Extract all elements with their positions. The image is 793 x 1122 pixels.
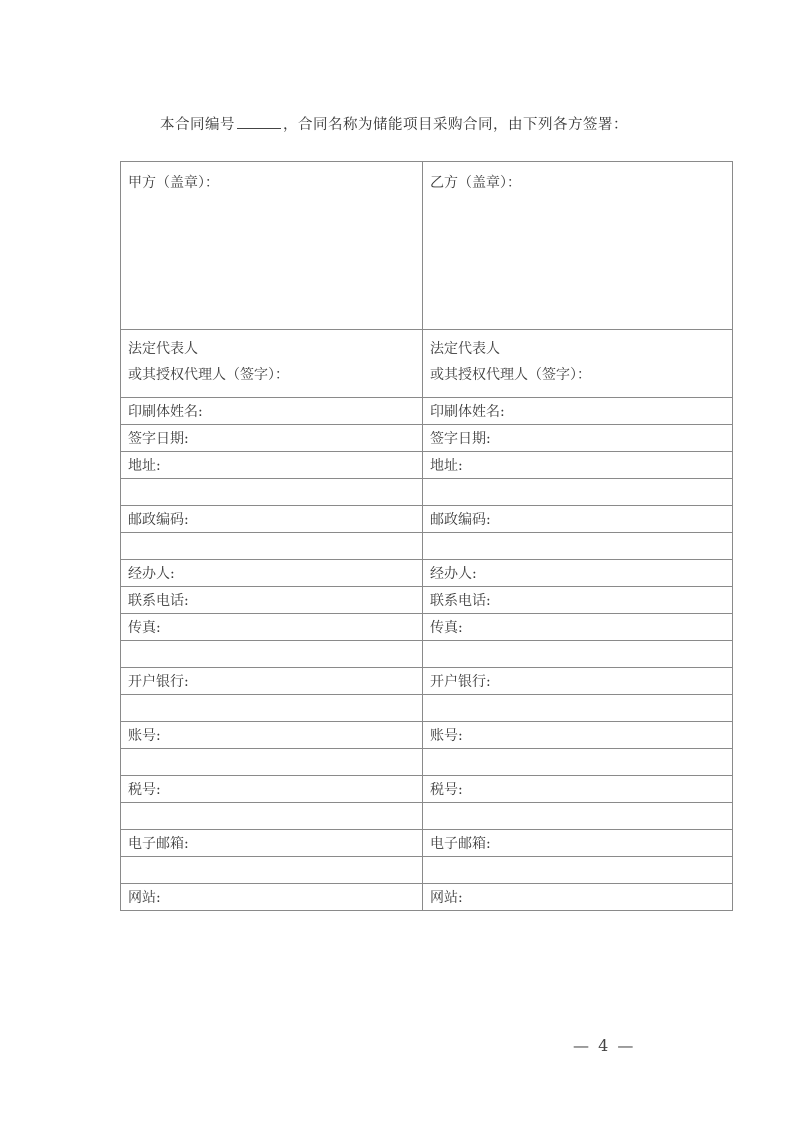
seal-row: 甲方（盖章）： 乙方（盖章）： — [121, 162, 733, 330]
contract-number-blank[interactable] — [237, 114, 281, 129]
party-b-field[interactable]: 印刷体姓名: — [423, 398, 733, 425]
table-row: 税号: 税号: — [121, 776, 733, 803]
table-row — [121, 695, 733, 722]
party-b-field[interactable] — [423, 641, 733, 668]
party-b-field[interactable]: 地址: — [423, 452, 733, 479]
party-a-field[interactable]: 开户银行: — [121, 668, 423, 695]
intro-prefix: 本合同编号 — [160, 117, 235, 133]
signature-table: 甲方（盖章）： 乙方（盖章）： 法定代表人 或其授权代理人（签字）： 法定代表人… — [120, 161, 733, 911]
party-a-field[interactable] — [121, 857, 423, 884]
party-a-field[interactable] — [121, 641, 423, 668]
party-a-field[interactable] — [121, 533, 423, 560]
party-a-representative-cell[interactable]: 法定代表人 或其授权代理人（签字）： — [121, 330, 423, 398]
party-b-field[interactable] — [423, 479, 733, 506]
table-row — [121, 479, 733, 506]
party-a-field[interactable] — [121, 695, 423, 722]
party-b-rep-line2: 或其授权代理人（签字）： — [430, 362, 732, 388]
party-a-field[interactable]: 账号: — [121, 722, 423, 749]
table-row — [121, 533, 733, 560]
party-a-field[interactable]: 地址: — [121, 452, 423, 479]
table-row: 开户银行: 开户银行: — [121, 668, 733, 695]
table-row: 印刷体姓名: 印刷体姓名: — [121, 398, 733, 425]
party-a-field[interactable]: 经办人: — [121, 560, 423, 587]
party-a-field[interactable] — [121, 803, 423, 830]
party-a-rep-line2: 或其授权代理人（签字）： — [128, 362, 422, 388]
party-a-field[interactable]: 税号: — [121, 776, 423, 803]
party-b-field[interactable]: 传真: — [423, 614, 733, 641]
party-b-field[interactable]: 联系电话: — [423, 587, 733, 614]
party-a-field[interactable] — [121, 749, 423, 776]
party-b-field[interactable]: 账号: — [423, 722, 733, 749]
party-b-representative-cell[interactable]: 法定代表人 或其授权代理人（签字）： — [423, 330, 733, 398]
table-row: 传真: 传真: — [121, 614, 733, 641]
party-a-field[interactable]: 传真: — [121, 614, 423, 641]
party-a-seal-cell[interactable]: 甲方（盖章）： — [121, 162, 423, 330]
party-b-field[interactable] — [423, 857, 733, 884]
representative-row: 法定代表人 或其授权代理人（签字）： 法定代表人 或其授权代理人（签字）： — [121, 330, 733, 398]
party-b-field[interactable] — [423, 749, 733, 776]
party-a-field[interactable]: 联系电话: — [121, 587, 423, 614]
party-a-rep-line1: 法定代表人 — [128, 336, 422, 362]
party-a-field[interactable]: 印刷体姓名: — [121, 398, 423, 425]
page-number: — 4 — — [573, 1036, 635, 1055]
party-b-seal-label: 乙方（盖章）： — [430, 175, 521, 191]
party-b-field[interactable]: 签字日期: — [423, 425, 733, 452]
party-b-field[interactable] — [423, 695, 733, 722]
table-row: 签字日期: 签字日期: — [121, 425, 733, 452]
party-b-field[interactable] — [423, 533, 733, 560]
intro-suffix: ，合同名称为储能项目采购合同，由下列各方签署： — [283, 117, 628, 133]
table-row: 联系电话: 联系电话: — [121, 587, 733, 614]
party-b-field[interactable]: 邮政编码: — [423, 506, 733, 533]
table-row: 地址: 地址: — [121, 452, 733, 479]
table-row: 邮政编码: 邮政编码: — [121, 506, 733, 533]
party-a-field[interactable]: 邮政编码: — [121, 506, 423, 533]
party-a-field[interactable]: 电子邮箱: — [121, 830, 423, 857]
party-b-field[interactable]: 税号: — [423, 776, 733, 803]
party-b-field[interactable] — [423, 803, 733, 830]
table-row: 电子邮箱: 电子邮箱: — [121, 830, 733, 857]
table-row: 网站: 网站: — [121, 884, 733, 911]
contract-intro: 本合同编号，合同名称为储能项目采购合同，由下列各方签署： — [160, 113, 628, 134]
party-b-field[interactable]: 经办人: — [423, 560, 733, 587]
table-row: 经办人: 经办人: — [121, 560, 733, 587]
party-b-field[interactable]: 开户银行: — [423, 668, 733, 695]
party-a-field[interactable]: 签字日期: — [121, 425, 423, 452]
party-a-field[interactable]: 网站: — [121, 884, 423, 911]
table-row — [121, 803, 733, 830]
party-b-field[interactable]: 电子邮箱: — [423, 830, 733, 857]
table-row — [121, 641, 733, 668]
table-row — [121, 749, 733, 776]
party-b-field[interactable]: 网站: — [423, 884, 733, 911]
party-b-rep-line1: 法定代表人 — [430, 336, 732, 362]
table-row: 账号: 账号: — [121, 722, 733, 749]
party-a-field[interactable] — [121, 479, 423, 506]
party-a-seal-label: 甲方（盖章）： — [128, 175, 219, 191]
table-row — [121, 857, 733, 884]
party-b-seal-cell[interactable]: 乙方（盖章）： — [423, 162, 733, 330]
